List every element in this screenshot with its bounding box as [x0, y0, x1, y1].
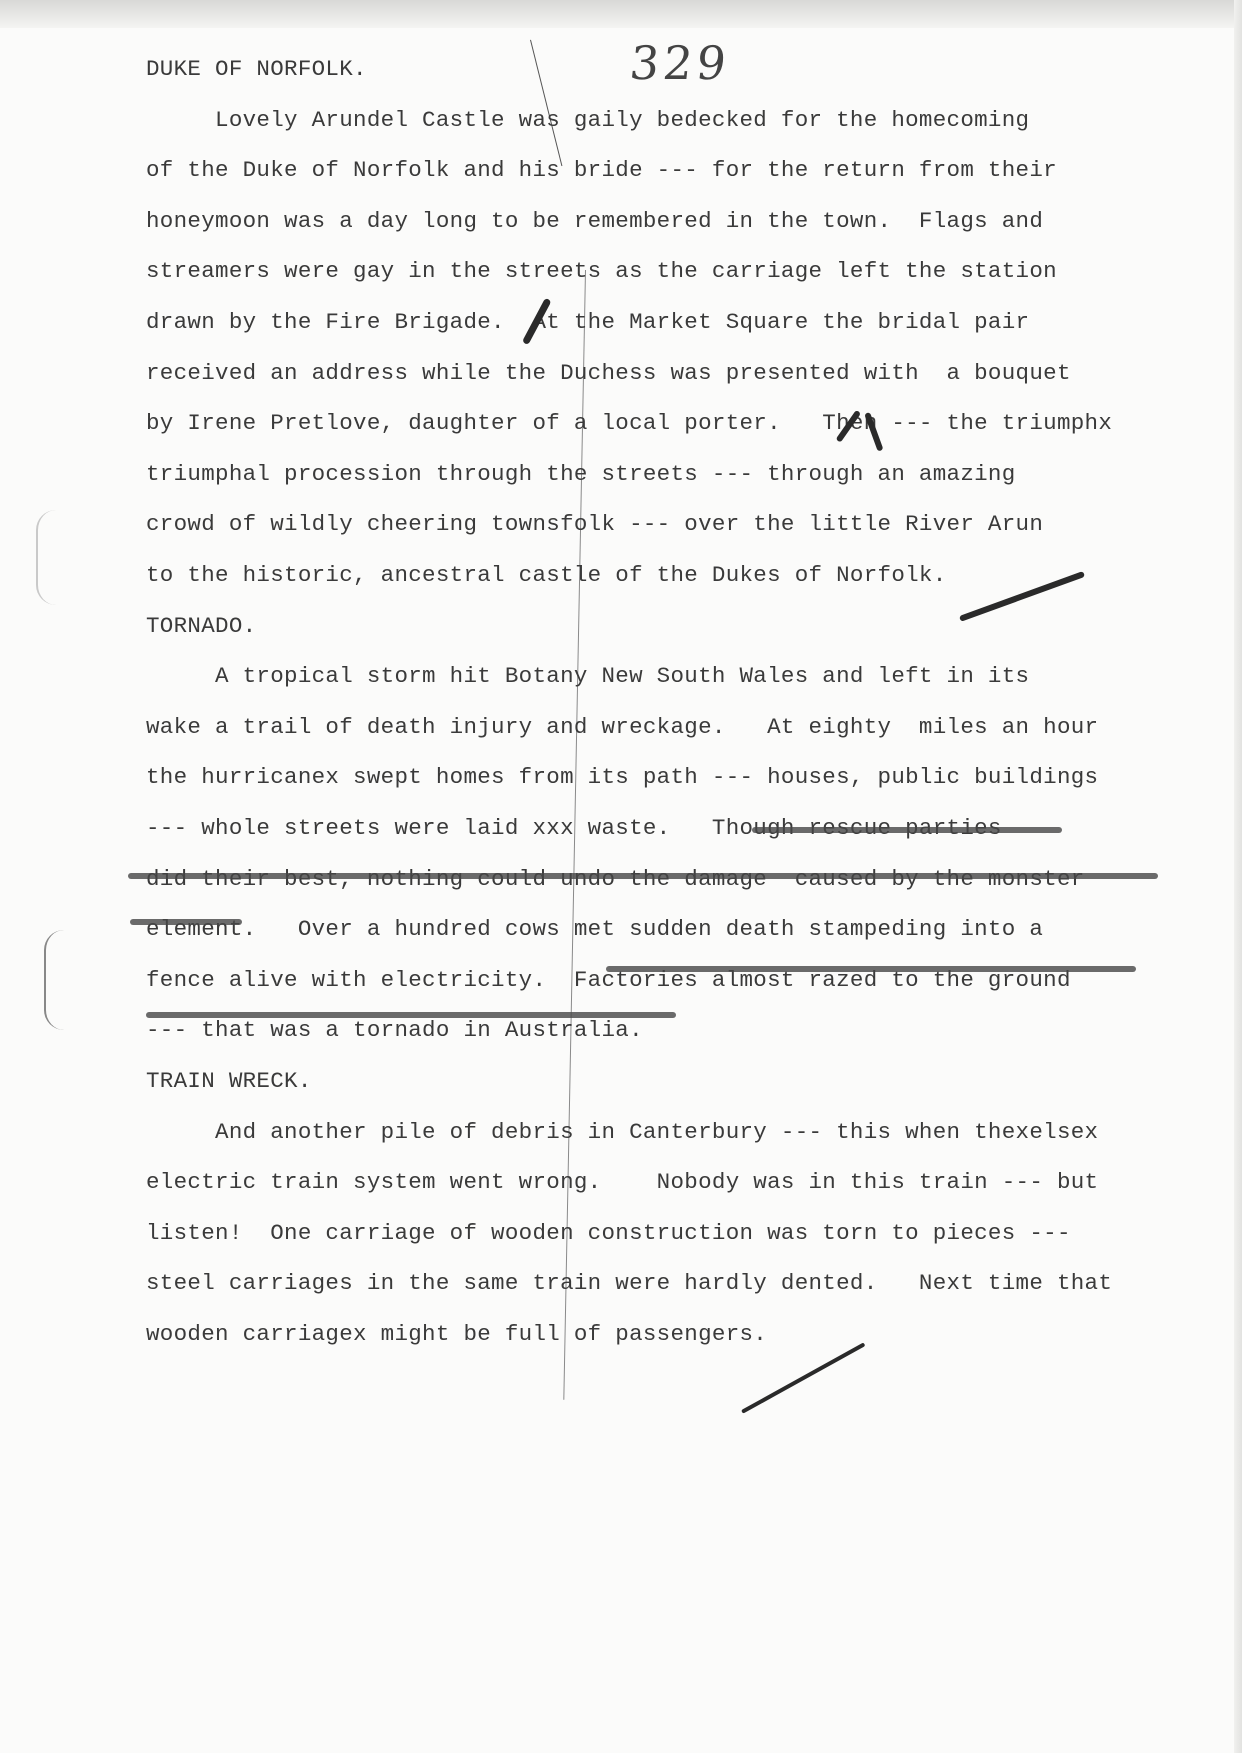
- strikethrough-mark: [130, 919, 242, 925]
- scan-top-shadow: [0, 0, 1242, 28]
- pencil-vertical-line: [530, 40, 562, 166]
- scan-right-edge: [1234, 0, 1242, 1753]
- text-line: Lovely Arundel Castle was gaily bedecked…: [146, 109, 1029, 132]
- strikethrough-mark: [128, 873, 1158, 879]
- pen-end-mark: [741, 1342, 865, 1413]
- pen-end-mark: [959, 571, 1085, 622]
- strikethrough-mark: [752, 827, 1062, 833]
- section-heading: TRAIN WRECK.: [146, 1070, 312, 1093]
- margin-mark: [44, 930, 66, 1030]
- text-line: And another pile of debris in Canterbury…: [146, 1121, 1098, 1144]
- text-line: steel carriages in the same train were h…: [146, 1272, 1112, 1295]
- text-line: of the Duke of Norfolk and his bride ---…: [146, 159, 1057, 182]
- strikethrough-mark: [606, 966, 1136, 972]
- text-line: wake a trail of death injury and wreckag…: [146, 716, 1098, 739]
- strikethrough-mark: [146, 1012, 676, 1018]
- text-line: triumphal procession through the streets…: [146, 463, 1016, 486]
- text-line: fence alive with electricity. Factories …: [146, 969, 1071, 992]
- text-line: received an address while the Duchess wa…: [146, 362, 1071, 385]
- text-line: honeymoon was a day long to be remembere…: [146, 210, 1043, 233]
- section-heading: TORNADO.: [146, 615, 256, 638]
- handwritten-page-number: 329: [627, 36, 732, 90]
- text-line: electric train system went wrong. Nobody…: [146, 1171, 1098, 1194]
- text-line: element. Over a hundred cows met sudden …: [146, 918, 1043, 941]
- margin-mark: [36, 510, 68, 605]
- text-line: listen! One carriage of wooden construct…: [146, 1222, 1071, 1245]
- text-line: A tropical storm hit Botany New South Wa…: [146, 665, 1029, 688]
- section-heading: DUKE OF NORFOLK.: [146, 58, 367, 81]
- text-line: by Irene Pretlove, daughter of a local p…: [146, 412, 1112, 435]
- text-line: to the historic, ancestral castle of the…: [146, 564, 947, 587]
- text-line: the hurricanex swept homes from its path…: [146, 766, 1098, 789]
- text-line: --- that was a tornado in Australia.: [146, 1019, 643, 1042]
- text-line: crowd of wildly cheering townsfolk --- o…: [146, 513, 1043, 536]
- text-line: streamers were gay in the streets as the…: [146, 260, 1057, 283]
- text-line: wooden carriagex might be full of passen…: [146, 1323, 767, 1346]
- text-line: drawn by the Fire Brigade. At the Market…: [146, 311, 1029, 334]
